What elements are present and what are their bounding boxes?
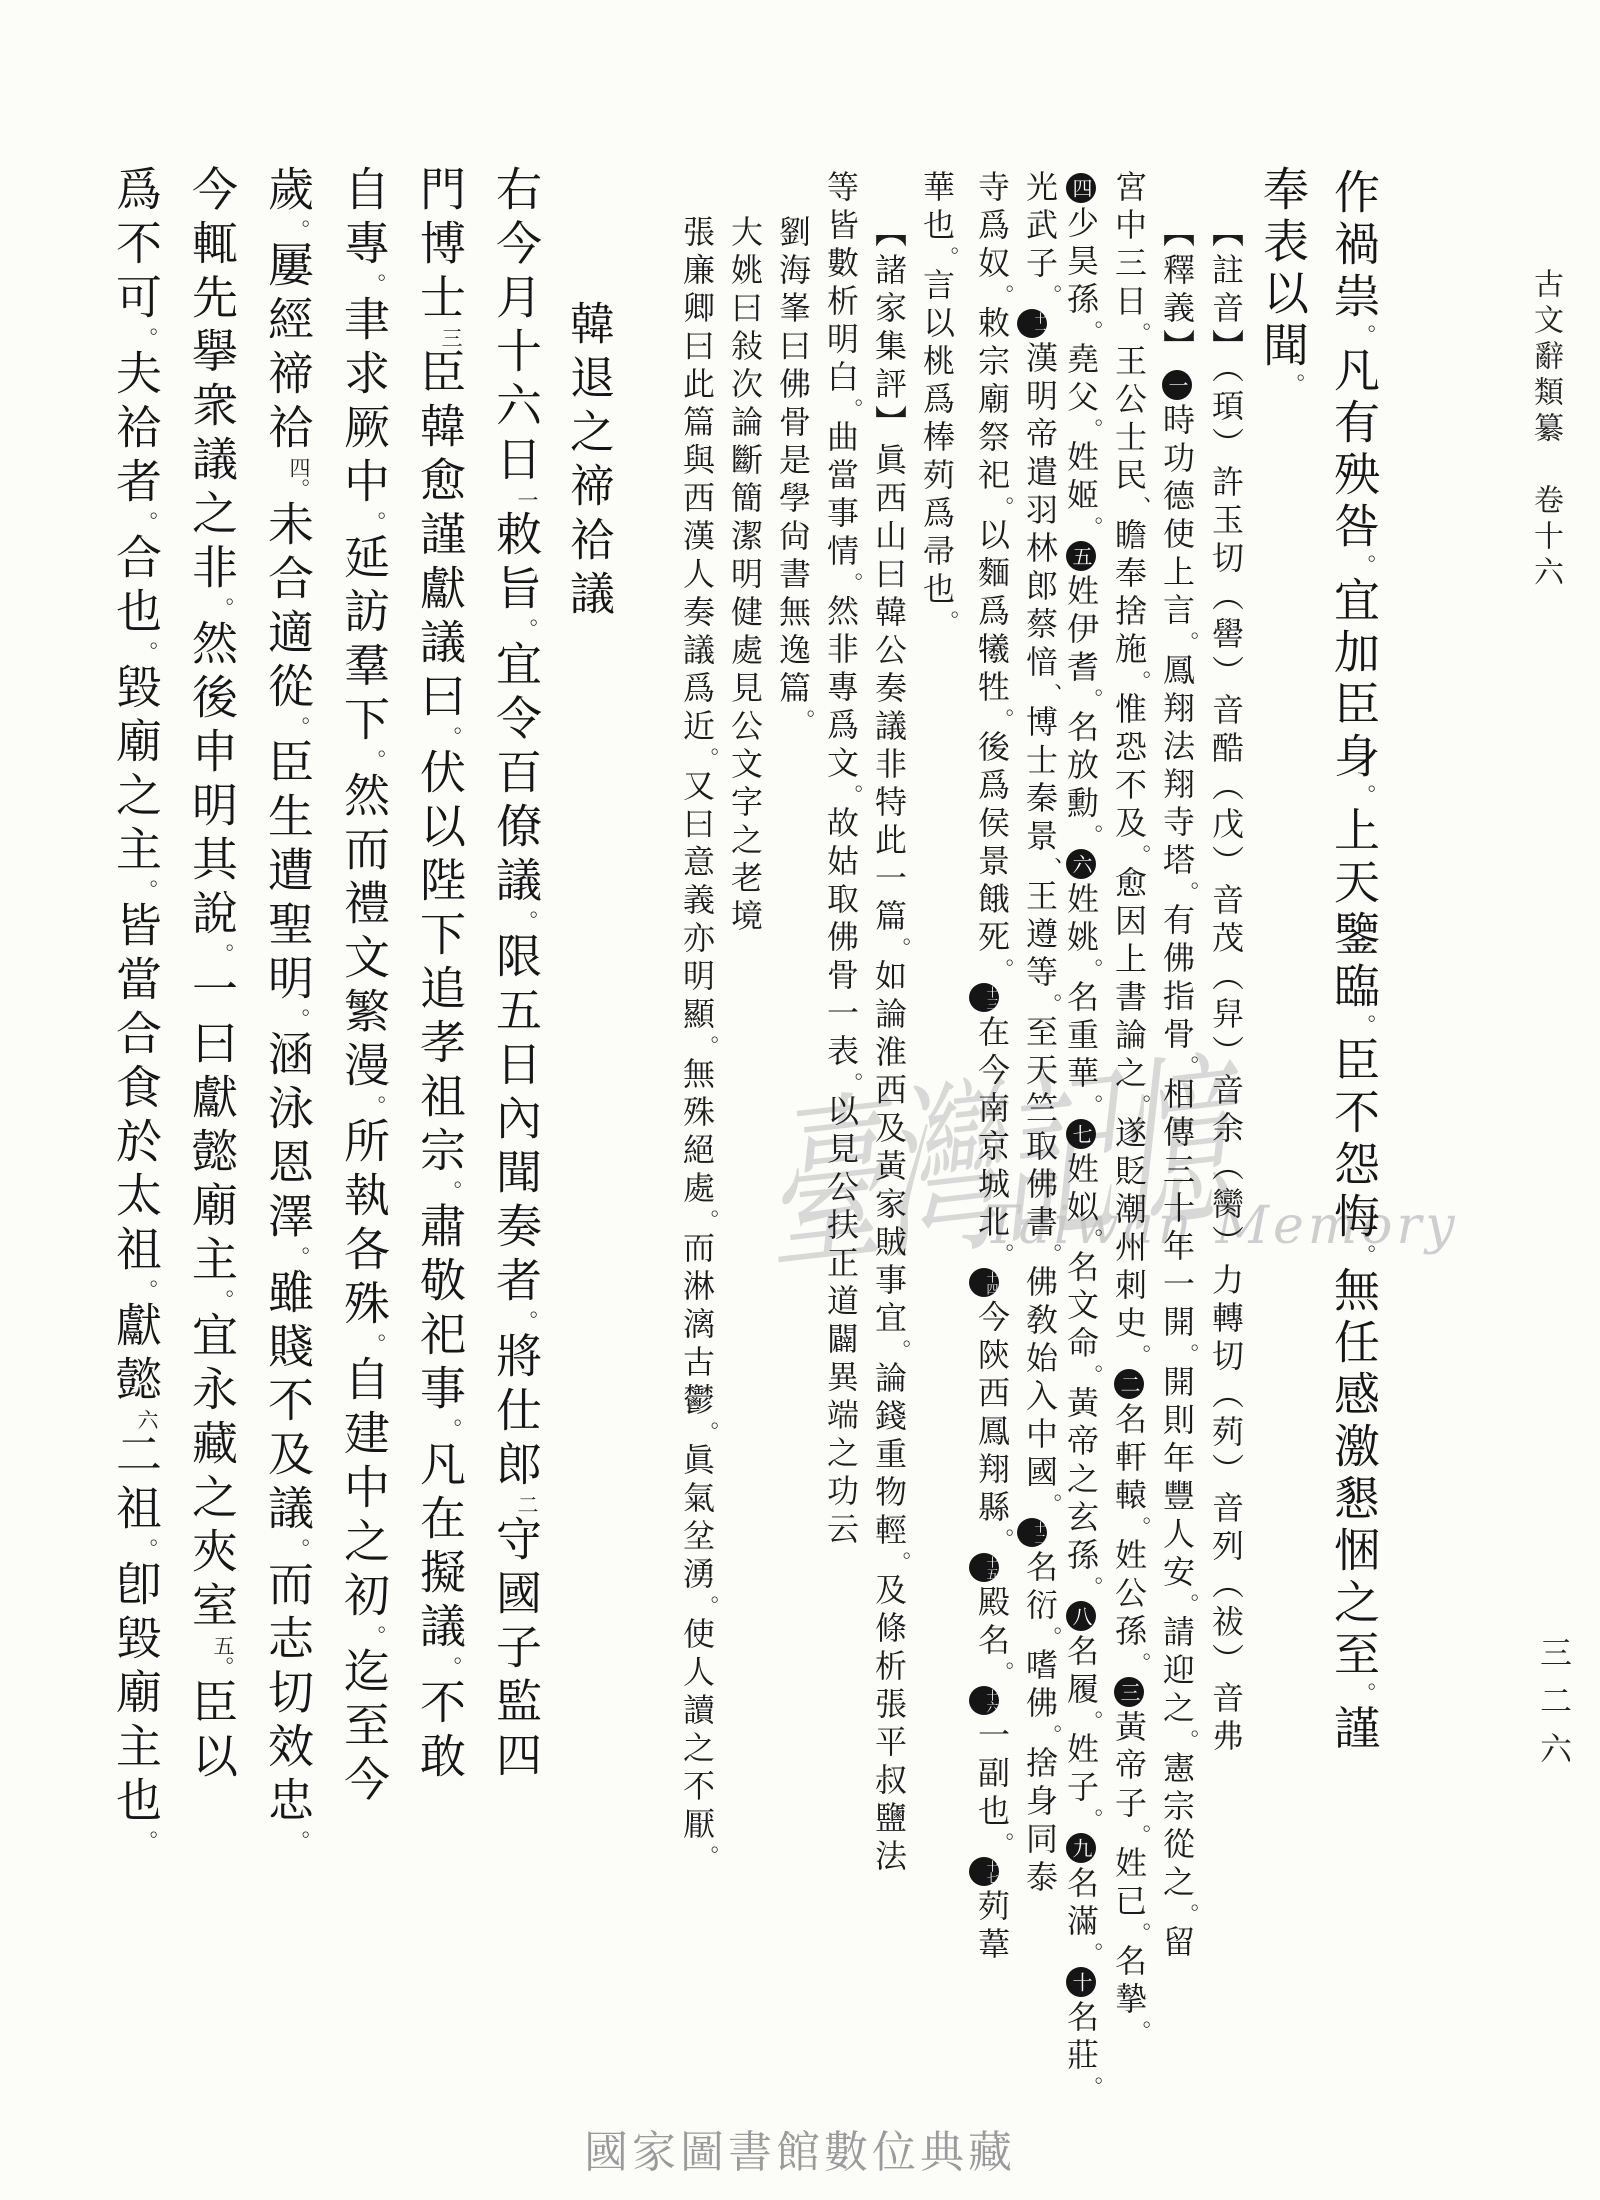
gloss-column-2: 宮中三日。王公士民、瞻奉捨施。惟恐不及。愈因上書論之。遂貶潮州刺史。二名軒轅。姓… bbox=[1113, 170, 1145, 2042]
essay-column-5: 今輒先擧衆議之非。然後申明其說。一曰獻懿廟主。宜永藏之夾室五。臣以 bbox=[189, 165, 235, 1786]
running-title: 古文辭類纂 卷十六 bbox=[1530, 268, 1560, 592]
commentary-column-2: 等皆數析明白。曲當事情。然非專爲文。故姑取佛骨一表。以見公扶正道闢異端之功云 bbox=[825, 170, 857, 1550]
gloss-column-3: 四少昊孫。堯父。姓姬。五姓伊耆。名放勳。六姓姚。名重華。七姓姒。名文命。黃帝之玄… bbox=[1065, 170, 1097, 2098]
page-number: 三二六 bbox=[1538, 1636, 1570, 1780]
library-footer: 國家圖書館數位典藏 bbox=[580, 2116, 1020, 2180]
essay-column-3: 自專。聿求厥中。延訪羣下。然而禮文繁漫。所執各殊。自建中之初。迄至今 bbox=[341, 165, 387, 1809]
gloss-column-1: 【釋義】一時功德使上言。鳳翔法翔寺塔。有佛指骨。相傳三十年一開。開則年豐人安。請… bbox=[1161, 215, 1193, 1963]
essay-title: 韓退之禘祫議 bbox=[566, 300, 611, 624]
essay-column-6: 爲不可。夫祫者。合也。毀廟之主。皆當合食於太祖。獻懿六二祖。卽毀廟主也。 bbox=[113, 165, 159, 1852]
phonetic-notes-column: 【註音】（頊）許玉切（嚳）音酷（戊）音茂（舁）音余（臠）力轉切（茢）音列（祓）音… bbox=[1210, 215, 1242, 1757]
book-page-scan: 臺灣記憶 Taiwan Memory 古文辭類纂 卷十六 三二六 作禍祟。凡有殃… bbox=[0, 0, 1600, 2200]
essay-column-4: 歲。屢經禘祫四。未合適從。臣生遭聖明。涵泳恩澤。雖賤不及議。而志切效忠。 bbox=[265, 165, 311, 1852]
memorial-closing-column-1: 作禍祟。凡有殃咎。宜加臣身。上天鑒臨。臣不怨悔。無任感激懇悃之至。謹 bbox=[1331, 168, 1377, 1756]
memorial-closing-column-2: 奉表以聞。 bbox=[1260, 165, 1306, 395]
essay-column-2: 門博士三臣韓愈謹獻議曰。伏以陛下追孝祖宗。肅敬祀事。凡在擬議。不敢 bbox=[417, 165, 463, 1786]
commentary-column-4: 大姚曰敍次論斷簡潔明健處見公文字之老境 bbox=[729, 215, 761, 937]
gloss-column-5: 寺爲奴。敕宗廟祭祀。以麵爲犧牲。後爲侯景餓死。十三在今南京城北。十四今陝西鳳翔縣… bbox=[969, 170, 1008, 1965]
commentary-column-3: 劉海峯曰佛骨是學尙書無逸篇。 bbox=[777, 215, 809, 731]
commentary-column-5: 張廉卿曰此篇與西漢人奏議爲近。又曰意義亦明顯。無殊絕處。而淋漓古鬱。眞氣坌湧。使… bbox=[681, 215, 713, 1867]
gloss-column-4: 光武子。十一漢明帝遣羽林郎蔡愔、博士秦景、王遵等。至天竺取佛書。佛敎始入中國。十… bbox=[1017, 170, 1056, 1898]
essay-column-1: 右今月十六日一敕旨。宜令百僚議。限五日內聞奏者。將仕郎二守國子監四 bbox=[493, 165, 539, 1785]
commentary-column-1: 【諸家集評】眞西山曰韓公奏議非特此一篇。如論淮西及黃家賊事宜。論錢重物輕。及條析… bbox=[873, 215, 905, 1877]
gloss-column-6: 華也。言以桃爲棒茢爲帚也。 bbox=[921, 170, 953, 632]
